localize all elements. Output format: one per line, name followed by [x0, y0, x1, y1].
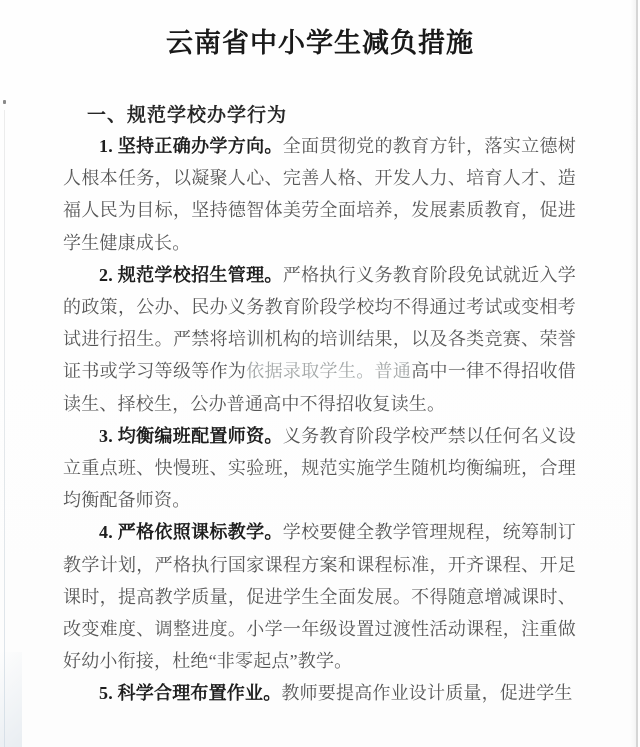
- scan-speck-artifact: [3, 100, 6, 104]
- document-body: 一、规范学校办学行为 1. 坚持正确办学方向。全面贯彻党的教育方针，落实立德树人…: [63, 103, 576, 710]
- paragraph-5: 5. 科学合理布置作业。教师要提高作业设计质量，促进学生: [63, 677, 576, 709]
- paragraph-4: 4. 严格依照课标教学。学校要健全教学管理规程，统筹制订教学计划，严格执行国家课…: [63, 516, 576, 677]
- scanned-document-page: 云南省中小学生减负措施 一、规范学校办学行为 1. 坚持正确办学方向。全面贯彻党…: [0, 0, 640, 747]
- paragraph-1: 1. 坚持正确办学方向。全面贯彻党的教育方针，落实立德树人根本任务，以凝聚人心、…: [63, 130, 576, 259]
- scan-bottom-left-tint: [0, 652, 22, 747]
- paragraph-2: 2. 规范学校招生管理。严格执行义务教育阶段免试就近入学的政策，公办、民办义务教…: [63, 259, 576, 420]
- document-title: 云南省中小学生减负措施: [0, 0, 640, 60]
- paragraph-4-lead: 4. 严格依照课标教学。: [99, 522, 283, 542]
- paragraph-4-body: 学校要健全教学管理规程，统筹制订教学计划，严格执行国家课程方案和课程标准，开齐课…: [63, 522, 576, 671]
- section-heading: 一、规范学校办学行为: [87, 103, 576, 128]
- scan-right-edge-line: [636, 0, 638, 747]
- paragraph-3: 3. 均衡编班配置师资。义务教育阶段学校严禁以任何名义设立重点班、快慢班、实验班…: [63, 420, 576, 517]
- paragraph-3-lead: 3. 均衡编班配置师资。: [99, 426, 283, 446]
- paragraph-5-body: 教师要提高作业设计质量，促进学生: [281, 683, 572, 703]
- paragraph-5-lead: 5. 科学合理布置作业。: [99, 683, 281, 703]
- paragraph-1-lead: 1. 坚持正确办学方向。: [99, 136, 283, 156]
- paragraph-2-body-faded: 依据录取学生。普通: [246, 361, 411, 381]
- paragraph-2-lead: 2. 规范学校招生管理。: [99, 265, 283, 285]
